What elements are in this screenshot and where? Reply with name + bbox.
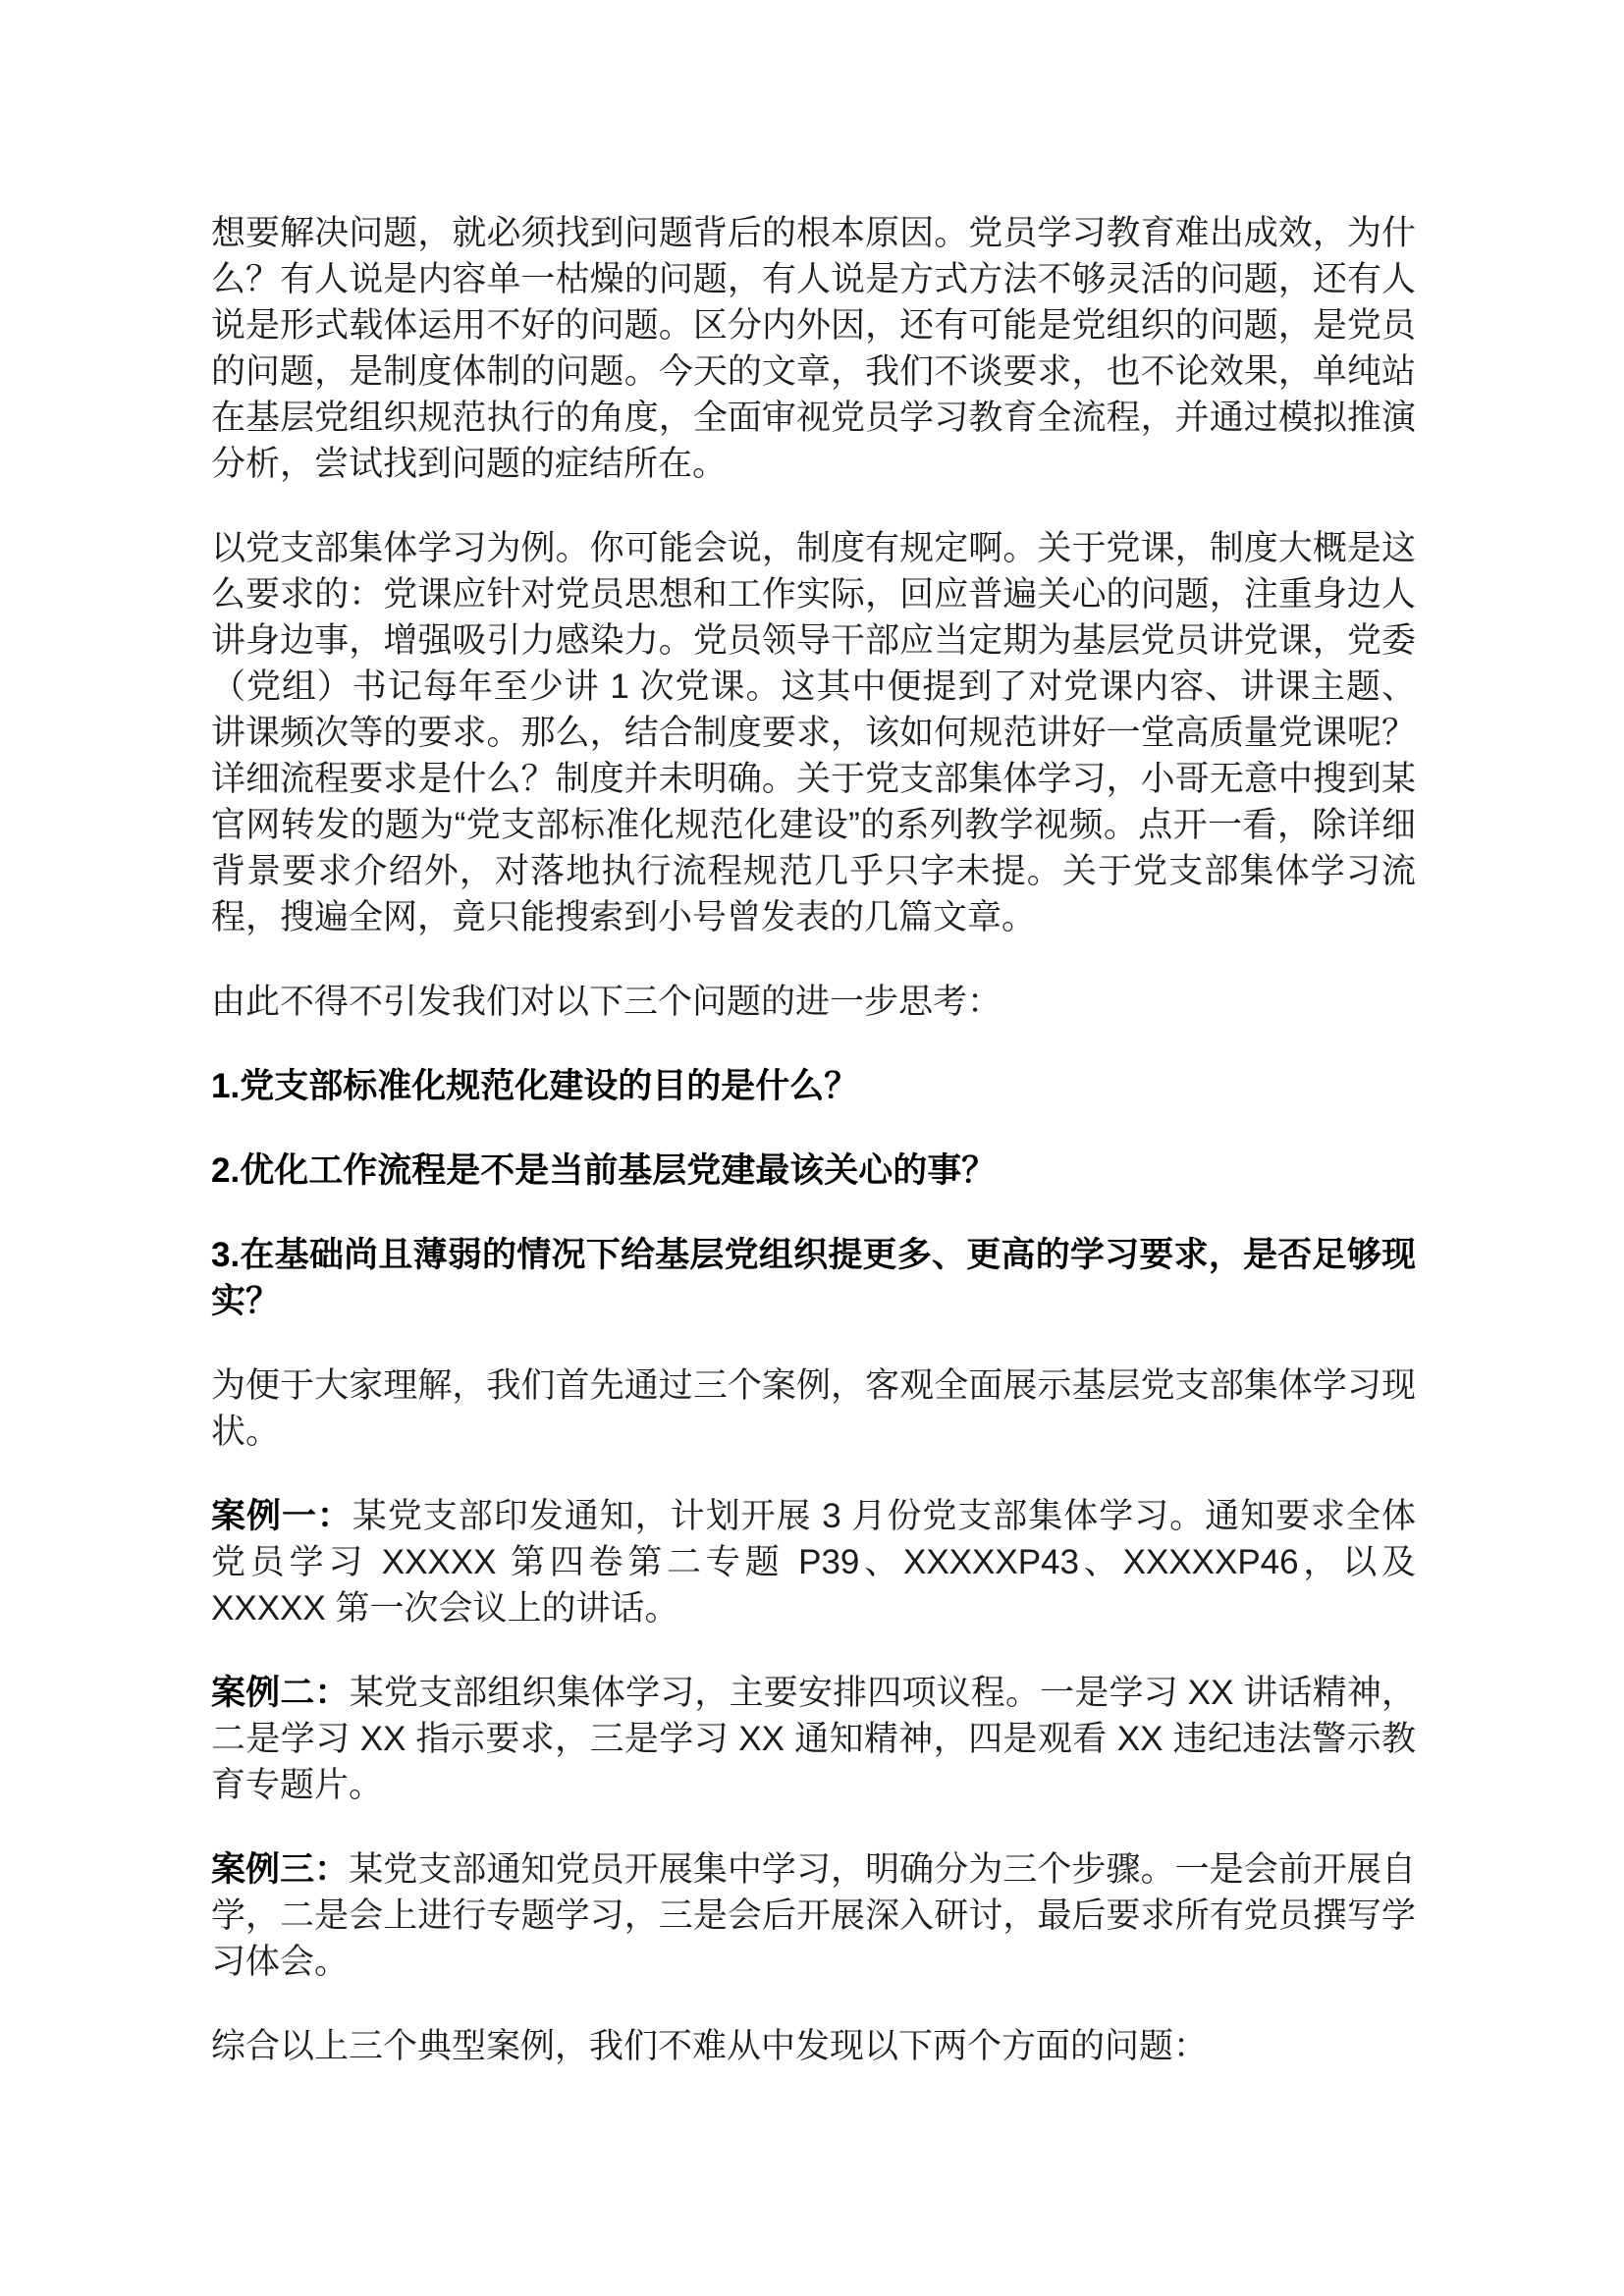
document-page: 想要解决问题，就必须找到问题背后的根本原因。党员学习教育难出成效，为什么？有人说… [0,0,1624,2296]
paragraph-party-lecture-example: 以党支部集体学习为例。你可能会说，制度有规定啊。关于党课，制度大概是这么要求的：… [211,525,1416,940]
paragraph-intro: 想要解决问题，就必须找到问题背后的根本原因。党员学习教育难出成效，为什么？有人说… [211,210,1416,487]
case-paragraph-1: 案例一：某党支部印发通知，计划开展 3 月份党支部集体学习。通知要求全体党员学习… [211,1493,1416,1631]
paragraph-conclusion-lead: 综合以上三个典型案例，我们不难从中发现以下两个方面的问题： [211,2023,1416,2069]
case-paragraph-2: 案例二：某党支部组织集体学习，主要安排四项议程。一是学习 XX 讲话精神，二是学… [211,1670,1416,1808]
heading-question-2: 2.优化工作流程是不是当前基层党建最该关心的事？ [211,1148,1416,1194]
case-1-text: 某党支部印发通知，计划开展 3 月份党支部集体学习。通知要求全体党员学习 XXX… [211,1497,1416,1628]
case-paragraph-3: 案例三：某党支部通知党员开展集中学习，明确分为三个步骤。一是会前开展自学，二是会… [211,1846,1416,1985]
case-3-text: 某党支部通知党员开展集中学习，明确分为三个步骤。一是会前开展自学，二是会上进行专… [211,1850,1416,1981]
case-2-label: 案例二： [211,1674,350,1712]
case-3-label: 案例三： [211,1850,349,1889]
paragraph-three-questions-lead: 由此不得不引发我们对以下三个问题的进一步思考： [211,979,1416,1025]
heading-question-3: 3.在基础尚且薄弱的情况下给基层党组织提更多、更高的学习要求，是否足够现实？ [211,1232,1416,1324]
case-1-label: 案例一： [211,1497,352,1535]
document-body: 想要解决问题，就必须找到问题背后的根本原因。党员学习教育难出成效，为什么？有人说… [211,210,1416,2069]
paragraph-cases-lead: 为便于大家理解，我们首先通过三个案例，客观全面展示基层党支部集体学习现状。 [211,1362,1416,1455]
case-2-text: 某党支部组织集体学习，主要安排四项议程。一是学习 XX 讲话精神，二是学习 XX… [211,1674,1416,1804]
heading-question-1: 1.党支部标准化规范化建设的目的是什么？ [211,1063,1416,1109]
